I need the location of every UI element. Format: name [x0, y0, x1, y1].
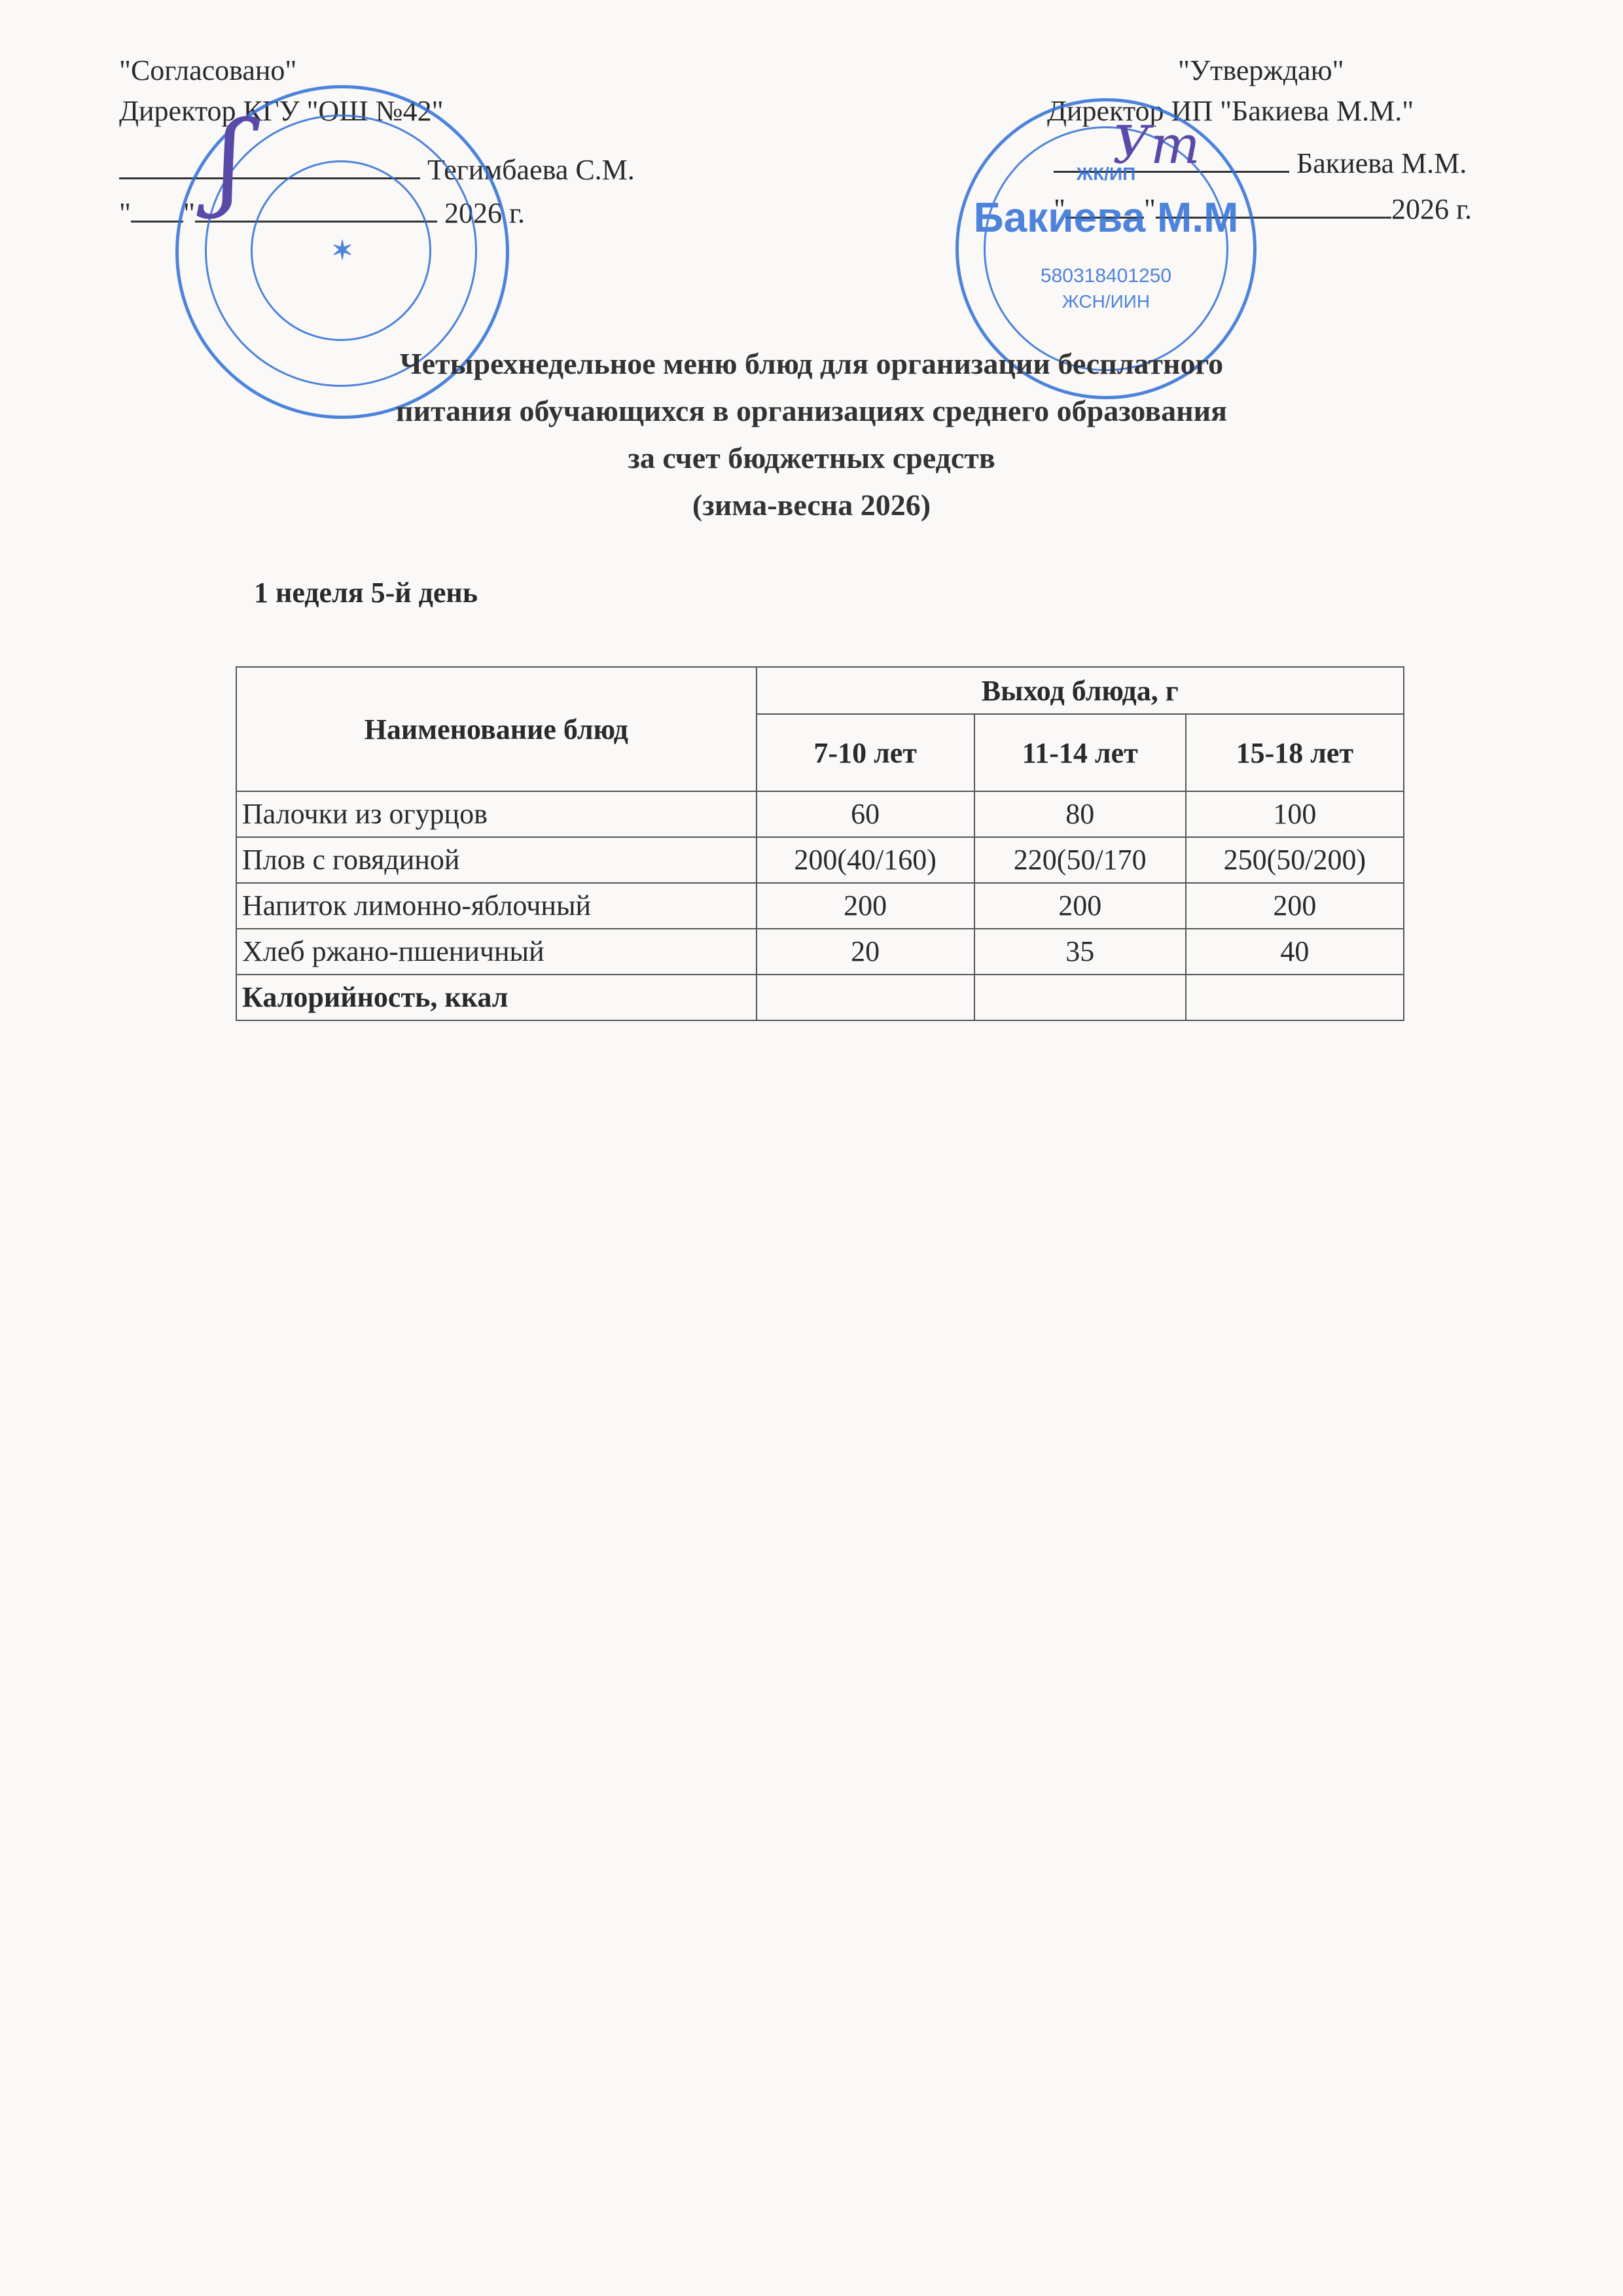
right-stamp-name: Бакиева М.М	[959, 193, 1253, 242]
yield-value: 20	[757, 929, 974, 975]
right-stamp-type: ЖК/ИП	[959, 164, 1253, 185]
left-approval-label: "Согласовано"	[119, 51, 296, 90]
dish-name: Палочки из огурцов	[236, 791, 757, 837]
right-approver-name: Бакиева М.М.	[1296, 147, 1467, 179]
yield-value: 250(50/200)	[1186, 837, 1404, 883]
right-stamp-iin-label: ЖСН/ИИН	[959, 291, 1253, 312]
calorie-row: Калорийность, ккал	[236, 975, 1404, 1020]
yield-value: 200(40/160)	[757, 837, 974, 883]
calorie-value	[974, 975, 1186, 1020]
menu-table: Наименование блюд Выход блюда, г 7-10 ле…	[236, 666, 1404, 1021]
column-header-age: 15-18 лет	[1186, 714, 1404, 791]
dish-name: Хлеб ржано-пшеничный	[236, 929, 757, 975]
yield-value: 200	[757, 883, 974, 929]
calorie-value	[757, 975, 974, 1020]
yield-value: 220(50/170	[974, 837, 1186, 883]
table-row: Плов с говядиной 200(40/160) 220(50/170 …	[236, 837, 1404, 883]
title-line-4: (зима-весна 2026)	[0, 482, 1623, 529]
yield-value: 80	[974, 791, 1186, 837]
left-signature: ʃ	[216, 98, 244, 221]
right-approval-label: "Утверждаю"	[1178, 51, 1344, 90]
document-title: Четырехнедельное меню блюд для организац…	[0, 340, 1623, 529]
yield-value: 60	[757, 791, 974, 837]
column-header-dish-name: Наименование блюд	[236, 667, 757, 791]
yield-value: 200	[1186, 883, 1404, 929]
yield-value: 200	[974, 883, 1186, 929]
title-line-1: Четырехнедельное меню блюд для организац…	[0, 340, 1623, 387]
title-line-3: за счет бюджетных средств	[0, 435, 1623, 482]
right-signature: Ут	[1113, 115, 1200, 175]
dish-name: Напиток лимонно-яблочный	[236, 883, 757, 929]
yield-value: 40	[1186, 929, 1404, 975]
table-row: Напиток лимонно-яблочный 200 200 200	[236, 883, 1404, 929]
left-stamp-emblem-icon: ✶	[179, 236, 506, 266]
calorie-value	[1186, 975, 1404, 1020]
table-row: Хлеб ржано-пшеничный 20 35 40	[236, 929, 1404, 975]
left-date-day-blank	[131, 221, 183, 223]
right-date-year: 2026 г.	[1391, 193, 1472, 225]
column-header-age: 7-10 лет	[757, 714, 974, 791]
calorie-label: Калорийность, ккал	[236, 975, 757, 1020]
column-header-age: 11-14 лет	[974, 714, 1186, 791]
day-label: 1 неделя 5-й день	[254, 576, 478, 609]
yield-value: 100	[1186, 791, 1404, 837]
dish-name: Плов с говядиной	[236, 837, 757, 883]
left-date-quote-open: "	[119, 197, 131, 229]
table-row: Палочки из огурцов 60 80 100	[236, 791, 1404, 837]
right-stamp-iin: 580318401250	[959, 265, 1253, 287]
title-line-2: питания обучающихся в организациях средн…	[0, 387, 1623, 435]
yield-value: 35	[974, 929, 1186, 975]
column-header-yield: Выход блюда, г	[757, 667, 1404, 714]
